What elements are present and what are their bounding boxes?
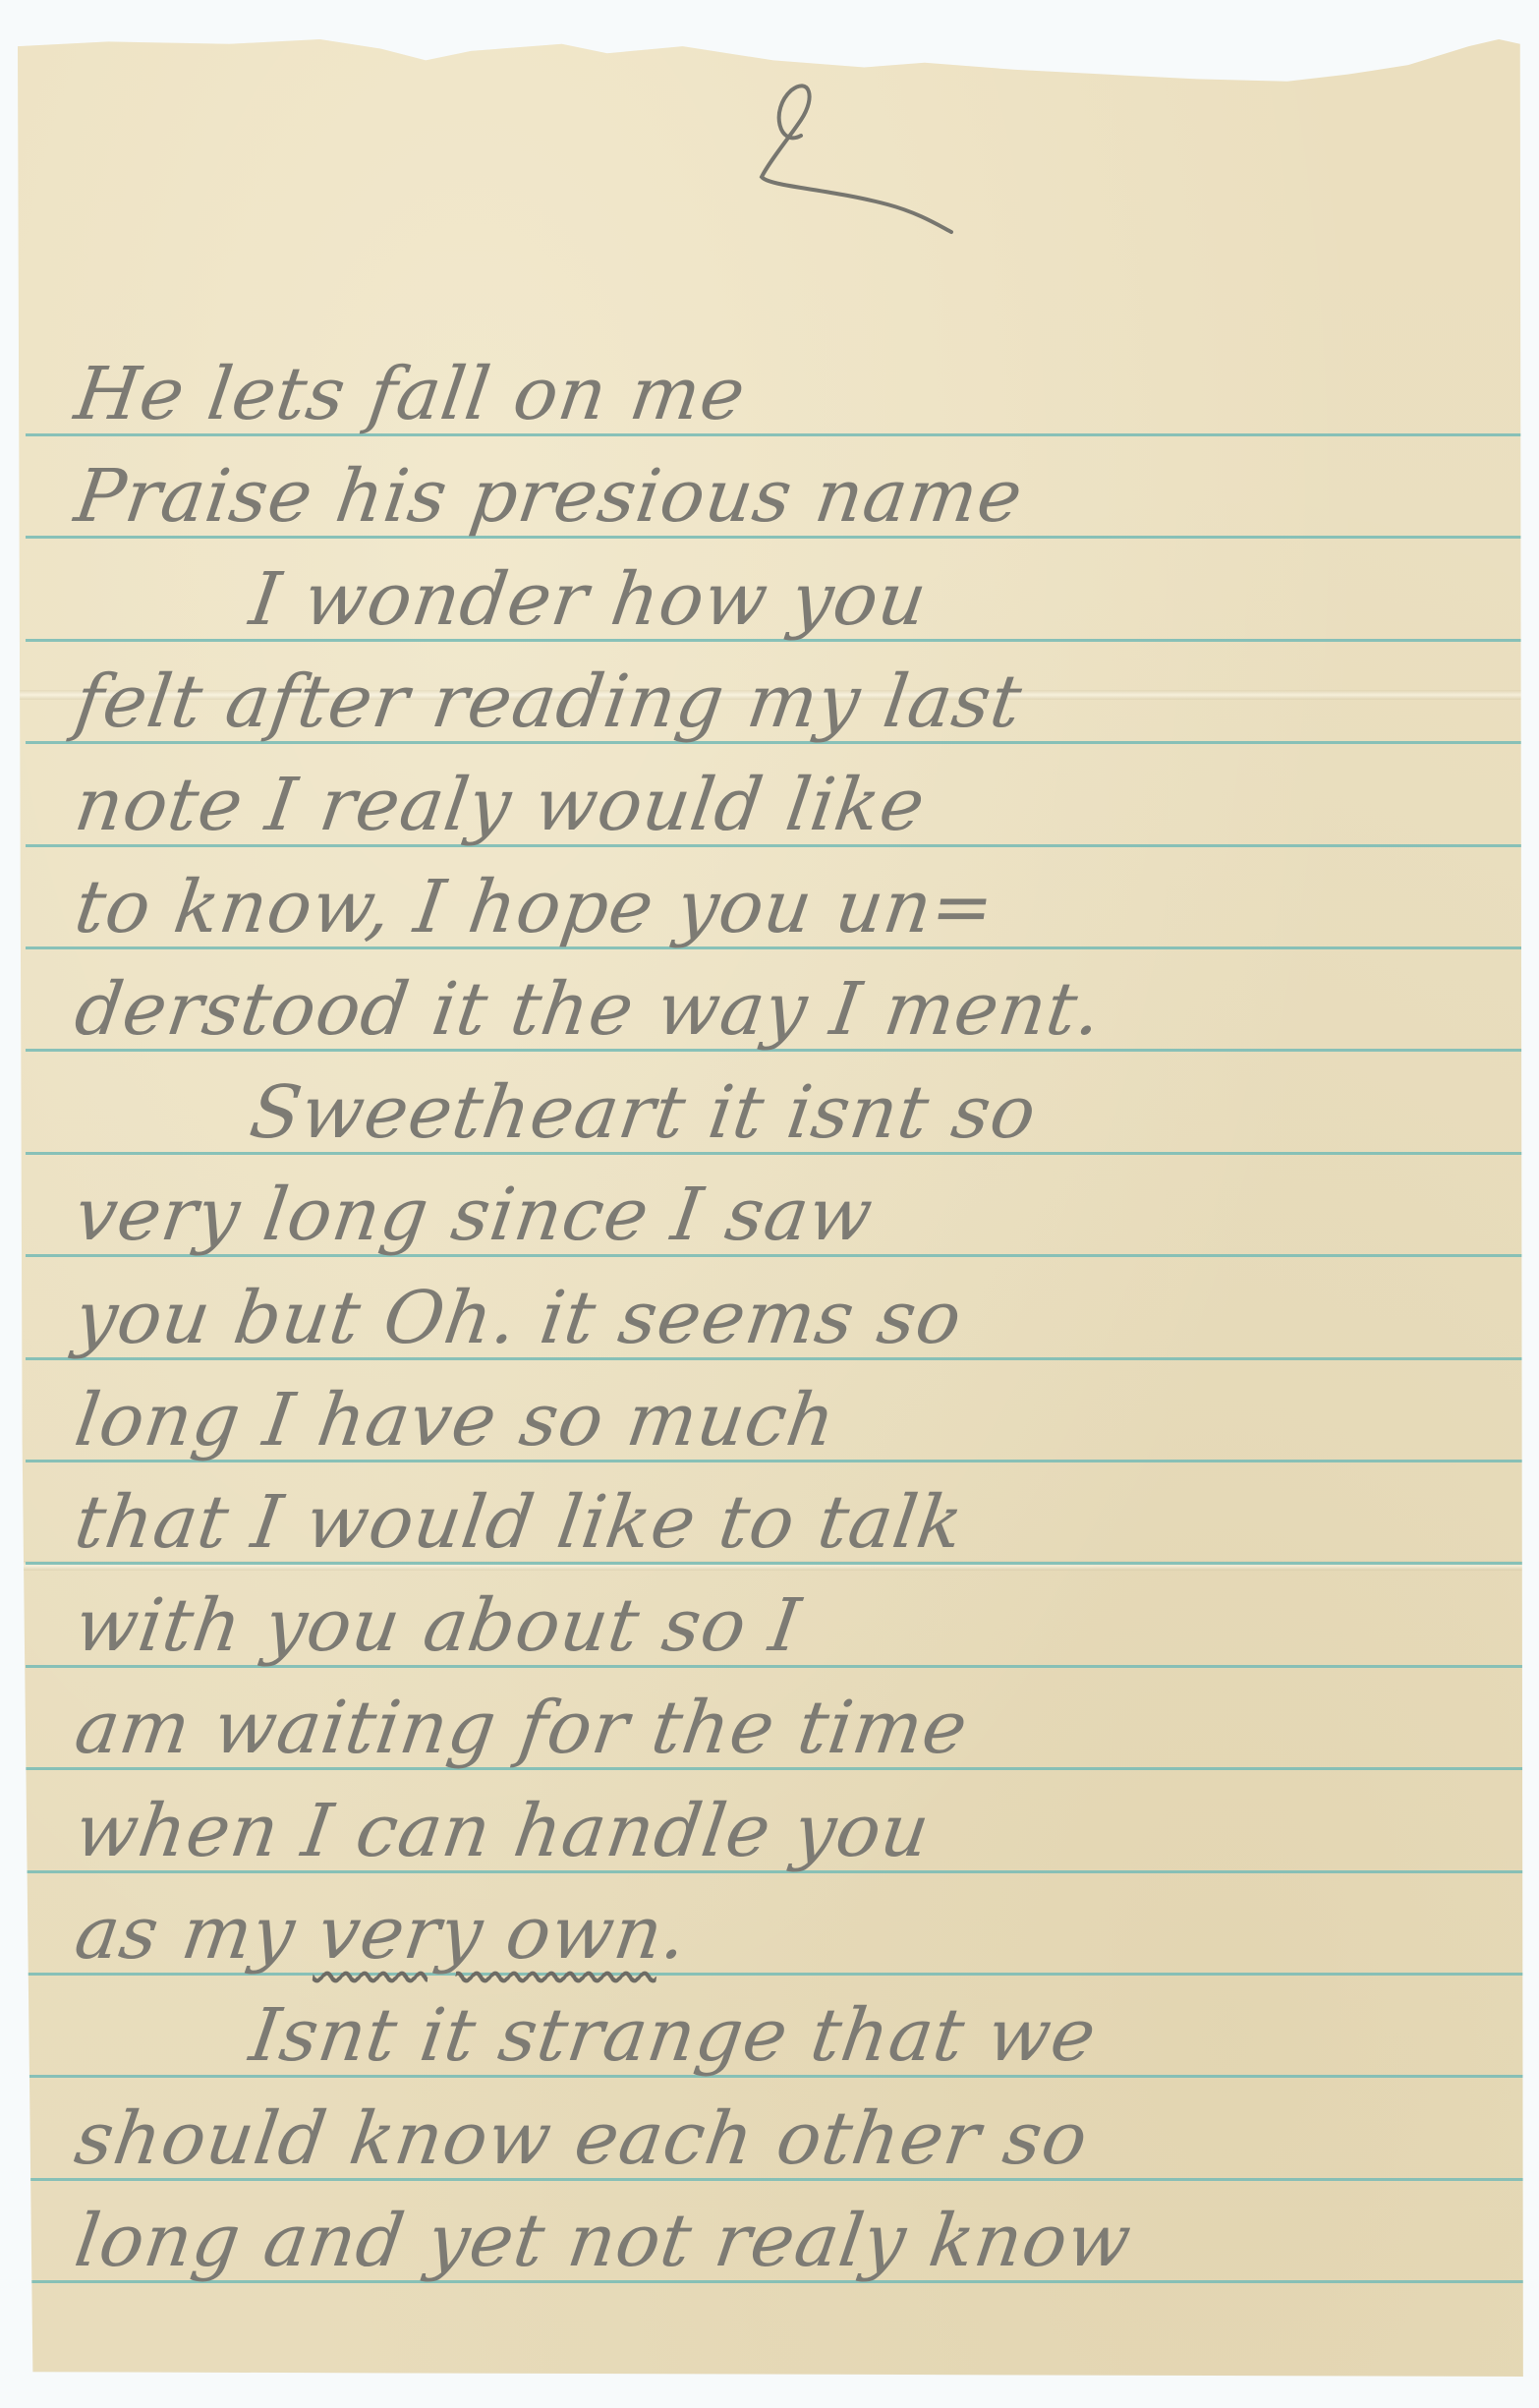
handwritten-line-text: Isnt it strange that we	[245, 1993, 1102, 2078]
handwritten-line: derstood it the way I ment.	[69, 958, 1505, 1061]
handwritten-line-text: when I can handle you	[70, 1789, 935, 1873]
handwritten-line: when I can handle you	[69, 1780, 1505, 1882]
handwritten-line-text: I wonder how you	[245, 557, 933, 642]
handwritten-line-text: He lets fall on me	[70, 352, 751, 436]
handwritten-line: felt after reading my last	[69, 651, 1505, 753]
handwritten-line: Praise his presious name	[69, 445, 1505, 547]
page-number: 2	[740, 79, 966, 236]
handwritten-line: long and yet not realy know	[69, 2190, 1505, 2292]
handwritten-line-text: you but Oh. it seems so	[70, 1276, 967, 1360]
handwritten-line-text: that I would like to talk	[70, 1480, 968, 1565]
handwritten-line: note I realy would like	[69, 754, 1505, 856]
handwritten-line-text: long I have so much	[70, 1378, 840, 1462]
handwritten-line-text: long and yet not realy know	[70, 2199, 1137, 2283]
handwritten-line: with you about so I	[69, 1575, 1505, 1677]
handwritten-line: to know, I hope you un=	[69, 856, 1505, 958]
handwritten-line: very long since I saw	[69, 1164, 1505, 1266]
handwritten-line: Sweetheart it isnt so	[244, 1061, 1505, 1164]
handwritten-line: you but Oh. it seems so	[69, 1267, 1505, 1369]
handwritten-line-text: felt after reading my last	[70, 659, 1027, 744]
handwritten-line-text: to know, I hope you un=	[70, 865, 999, 949]
handwritten-line-text: am waiting for the time	[70, 1686, 973, 1770]
handwritten-line-text: note I realy would like	[70, 763, 930, 847]
handwritten-line: I wonder how you	[244, 548, 1505, 651]
handwritten-line-text: very long since I saw	[70, 1173, 878, 1257]
handwritten-line-text: derstood it the way I ment.	[70, 967, 1107, 1052]
handwritten-line: that I would like to talk	[69, 1471, 1505, 1574]
handwritten-line: long I have so much	[69, 1369, 1505, 1471]
handwritten-line-text: should know each other so	[70, 2096, 1093, 2181]
handwritten-two-glyph	[740, 79, 966, 236]
underlined-emphasis: very own	[313, 1891, 668, 1976]
handwritten-line: as my very own.	[69, 1882, 1505, 1984]
handwritten-line-text: as my	[70, 1891, 301, 1976]
scanned-letter-page: 2 He lets fall on mePraise his presious …	[0, 0, 1539, 2408]
handwritten-line-text: Praise his presious name	[70, 454, 1028, 539]
handwritten-line-text: with you about so I	[70, 1583, 806, 1668]
handwritten-line: should know each other so	[69, 2088, 1505, 2190]
ruled-paper-sheet: 2 He lets fall on mePraise his presious …	[18, 39, 1529, 2377]
handwritten-line-text: Sweetheart it isnt so	[245, 1070, 1042, 1155]
handwritten-line: He lets fall on me	[69, 343, 1505, 445]
handwritten-line: Isnt it strange that we	[244, 1984, 1505, 2087]
handwritten-line: am waiting for the time	[69, 1677, 1505, 1779]
